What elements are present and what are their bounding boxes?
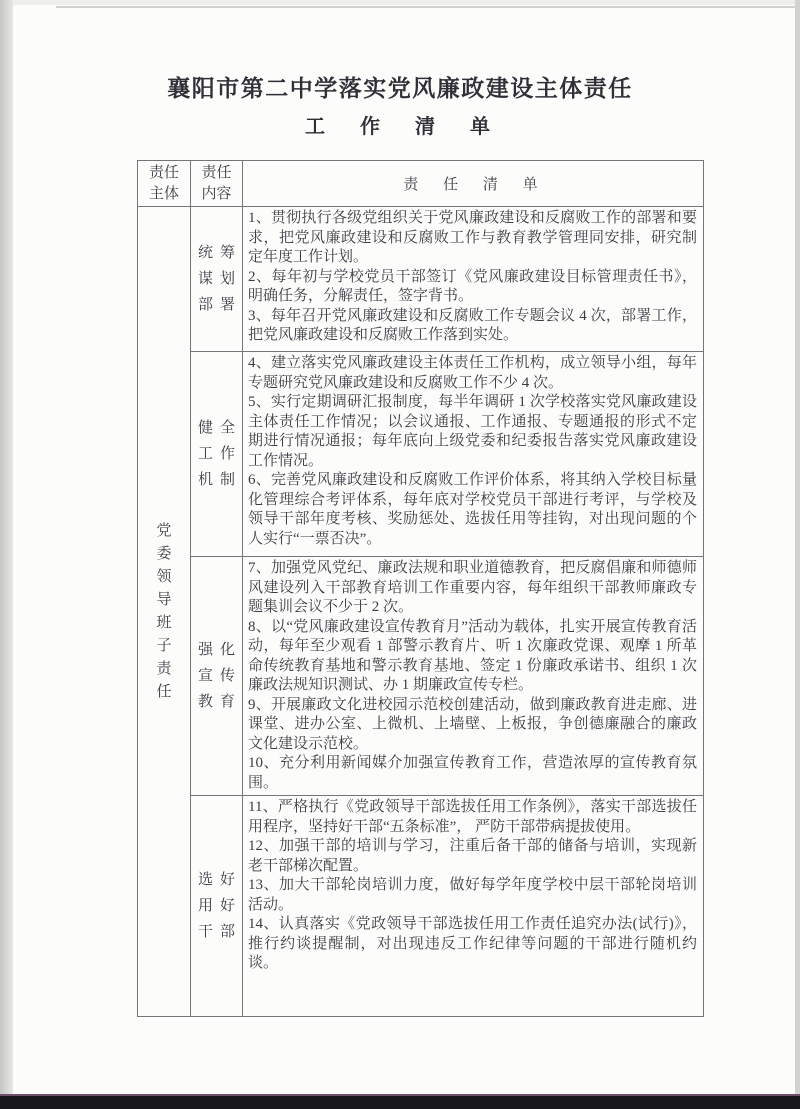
table-row: 党委领导班子责任统筹 谋划 部署1、贯彻执行各级党组织关于党风廉政建设和反腐败工… [138,207,704,352]
table-row: 健全 工作 机制4、建立落实党风廉政建设主体责任工作机构，成立领导小组，每年专题… [138,352,704,557]
responsibility-list-cell: 11、严格执行《党政领导干部选拔任用工作条例》，落实干部选拔任用程序，坚持好干部… [243,796,704,1017]
table-header: 责任 主体 责任 内容 责 任 清 单 [138,161,704,207]
responsibility-content-cell: 统筹 谋划 部署 [191,207,243,352]
responsibility-list-cell: 4、建立落实党风廉政建设主体责任工作机构，成立领导小组，每年专题研究党风廉政建设… [243,352,704,557]
list-item: 1、贯彻执行各级党组织关于党风廉政建设和反腐败工作的部署和要求，把党风廉政建设和… [248,209,697,268]
responsibility-content-cell: 健全 工作 机制 [191,352,243,557]
list-item: 14、认真落实《党政领导干部选拔任用工作责任追究办法(试行)》，推行约谈提醒制，… [248,915,697,974]
responsibility-content-cell: 选好 用好 干部 [191,796,243,1017]
responsibility-list-cell: 1、贯彻执行各级党组织关于党风廉政建设和反腐败工作的部署和要求，把党风廉政建设和… [243,207,704,352]
scan-edge-top [0,0,800,5]
responsibility-subject-cell: 党委领导班子责任 [138,207,191,1017]
responsibility-content-cell: 强化 宣传 教育 [191,557,243,796]
table-header-row: 责任 主体 责任 内容 责 任 清 单 [138,161,704,207]
header-responsibility-list: 责 任 清 单 [243,161,704,207]
scanned-document: 襄阳市第二中学落实党风廉政建设主体责任 工 作 清 单 责任 主体 责任 内容 … [0,0,800,1109]
list-item: 2、每年初与学校党员干部签订《党风廉政建设目标管理责任书》，明确任务，分解责任，… [248,268,697,307]
responsibility-list-cell: 7、加强党风党纪、廉政法规和职业道德教育，把反腐倡廉和师德师风建设列入干部教育培… [243,557,704,796]
responsibility-subject-vertical-text: 党委领导班子责任 [156,520,173,704]
document-title: 襄阳市第二中学落实党风廉政建设主体责任 [0,70,800,103]
list-item: 7、加强党风党纪、廉政法规和职业道德教育，把反腐倡廉和师德师风建设列入干部教育培… [248,559,697,618]
scan-artifact-top-line [56,6,800,8]
responsibility-table: 责任 主体 责任 内容 责 任 清 单 党委领导班子责任统筹 谋划 部署1、贯彻… [137,160,704,1017]
list-item: 3、每年召开党风廉政建设和反腐败工作专题会议 4 次，部署工作，把党风廉政建设和… [248,307,697,346]
list-item: 12、加强干部的培训与学习，注重后备干部的储备与培训，实现新老干部梯次配置。 [248,837,697,876]
scan-edge-left [0,0,13,1109]
list-item: 13、加大干部轮岗培训力度，做好每学年度学校中层干部轮岗培训活动。 [248,876,697,915]
list-item: 5、实行定期调研汇报制度，每半年调研 1 次学校落实党风廉政建设主体责任工作情况… [248,393,697,471]
header-responsibility-content: 责任 内容 [191,161,243,207]
table-row: 强化 宣传 教育7、加强党风党纪、廉政法规和职业道德教育，把反腐倡廉和师德师风建… [138,557,704,796]
scan-edge-right [795,0,800,1109]
scan-edge-bottom [0,1096,800,1109]
list-item: 11、严格执行《党政领导干部选拔任用工作条例》，落实干部选拔任用程序，坚持好干部… [248,798,697,837]
list-item: 9、开展廉政文化进校园示范校创建活动，做到廉政教育进走廊、进课堂、进办公室、上微… [248,696,697,755]
list-item: 4、建立落实党风廉政建设主体责任工作机构，成立领导小组，每年专题研究党风廉政建设… [248,354,697,393]
list-item: 6、完善党风廉政建设和反腐败工作评价体系，将其纳入学校目标量化管理综合考评体系，… [248,471,697,549]
header-responsibility-subject: 责任 主体 [138,161,191,207]
table-body: 党委领导班子责任统筹 谋划 部署1、贯彻执行各级党组织关于党风廉政建设和反腐败工… [138,207,704,1017]
list-item: 10、充分利用新闻媒介加强宣传教育工作，营造浓厚的宣传教育氛围。 [248,754,697,793]
table-row: 选好 用好 干部11、严格执行《党政领导干部选拔任用工作条例》，落实干部选拔任用… [138,796,704,1017]
document-subtitle: 工 作 清 单 [0,110,800,139]
list-item: 8、以“党风廉政建设宣传教育月”活动为载体，扎实开展宣传教育活动，每年至少观看 … [248,618,697,696]
